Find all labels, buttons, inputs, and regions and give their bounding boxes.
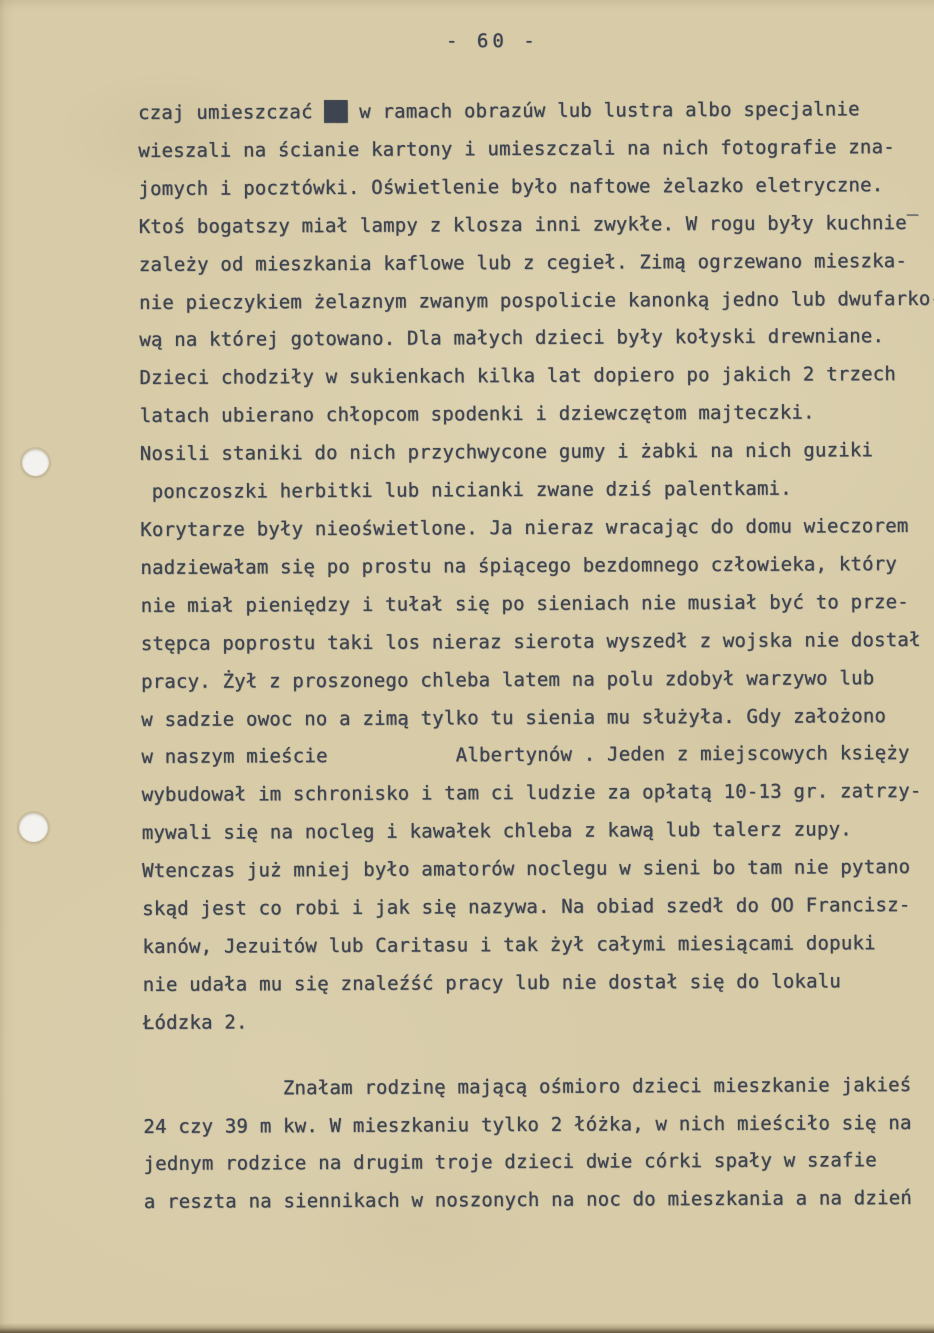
paragraph-2: Znałam rodzinę mającą ośmioro dzieci mie… — [143, 1066, 934, 1222]
text-line: nie miał pieniędzy i tułał się po sienia… — [141, 584, 934, 626]
text-line: nadziewałam się po prostu na śpiącego be… — [140, 546, 934, 588]
text-line: jomych i pocztówki. Oświetlenie było naf… — [138, 167, 934, 209]
text-line: Wtenczas już mniej było amatorów noclegu… — [142, 849, 934, 891]
text-line: a reszta na siennikach w noszonych na no… — [144, 1180, 934, 1222]
text-line: jednym rodzice na drugim troje dzieci dw… — [144, 1142, 934, 1184]
text-line: kanów, Jezuitów lub Caritasu i tak żył c… — [142, 925, 934, 967]
punch-hole-icon — [19, 813, 48, 842]
text-line: Korytarze były nieoświetlone. Ja nieraz … — [140, 508, 934, 550]
text-line: wybudował im schronisko i tam ci ludzie … — [142, 773, 934, 815]
text-line: w sadzie owoc no a zimą tylko tu sienia … — [141, 697, 934, 739]
text-line: skąd jest co robi i jak się nazywa. Na o… — [142, 887, 934, 929]
scanned-page: - 60 - czaj umieszczać ██ w ramach obraz… — [0, 0, 934, 1333]
text-line: nie udała mu się znaleźść pracy lub nie … — [143, 963, 934, 1005]
text-line: Ktoś bogatszy miał lampy z klosza inni z… — [139, 205, 934, 247]
text-line: stępca poprostu taki los nieraz sierota … — [141, 621, 934, 663]
page-number: - 60 - — [446, 30, 539, 52]
text-line: w naszym mieście Albertynów . Jeden z mi… — [141, 735, 934, 777]
text-line: pracy. Żył z proszonego chleba latem na … — [141, 659, 934, 701]
paragraph-1: czaj umieszczać ██ w ramach obrazúw lub … — [138, 91, 934, 1043]
text-line: wieszali na ścianie kartony i umieszczal… — [138, 129, 934, 171]
text-line: Znałam rodzinę mającą ośmioro dzieci mie… — [143, 1066, 934, 1108]
page-bottom-edge-shadow — [0, 1323, 934, 1333]
punch-hole-icon — [22, 449, 49, 476]
typewritten-text-block: czaj umieszczać ██ w ramach obrazúw lub … — [138, 91, 934, 1222]
text-line: mywali się na nocleg i kawałek chleba z … — [142, 811, 934, 853]
text-line: 24 czy 39 m kw. W mieszkaniu tylko 2 łóż… — [143, 1104, 934, 1146]
text-line: latach ubierano chłopcom spodenki i dzie… — [140, 394, 934, 436]
text-line: ponczoszki herbitki lub nicianki zwane d… — [140, 470, 934, 512]
text-line: wą na której gotowano. Dla małych dzieci… — [139, 318, 934, 360]
text-line: czaj umieszczać ██ w ramach obrazúw lub … — [138, 91, 934, 133]
text-line: Łódzka 2. — [143, 1001, 934, 1043]
text-line: nie pieczykiem żelaznym zwanym pospolici… — [139, 280, 934, 322]
text-line: Nosili staniki do nich przychwycone gumy… — [140, 432, 934, 474]
text-line: zależy od mieszkania kaflowe lub z cegie… — [139, 242, 934, 284]
text-line: Dzieci chodziły w sukienkach kilka lat d… — [139, 356, 934, 398]
